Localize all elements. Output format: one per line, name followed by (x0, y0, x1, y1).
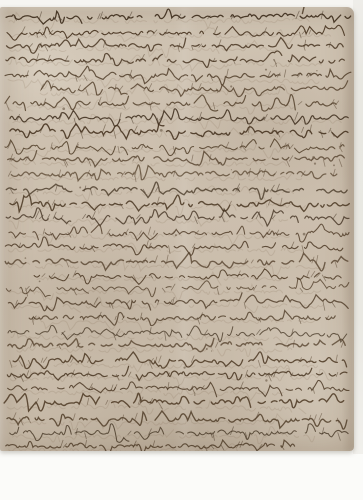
scan-background (0, 0, 363, 500)
scanner-edge-strip (353, 0, 363, 454)
letter-page (0, 7, 354, 451)
handwriting-ink (0, 7, 354, 451)
